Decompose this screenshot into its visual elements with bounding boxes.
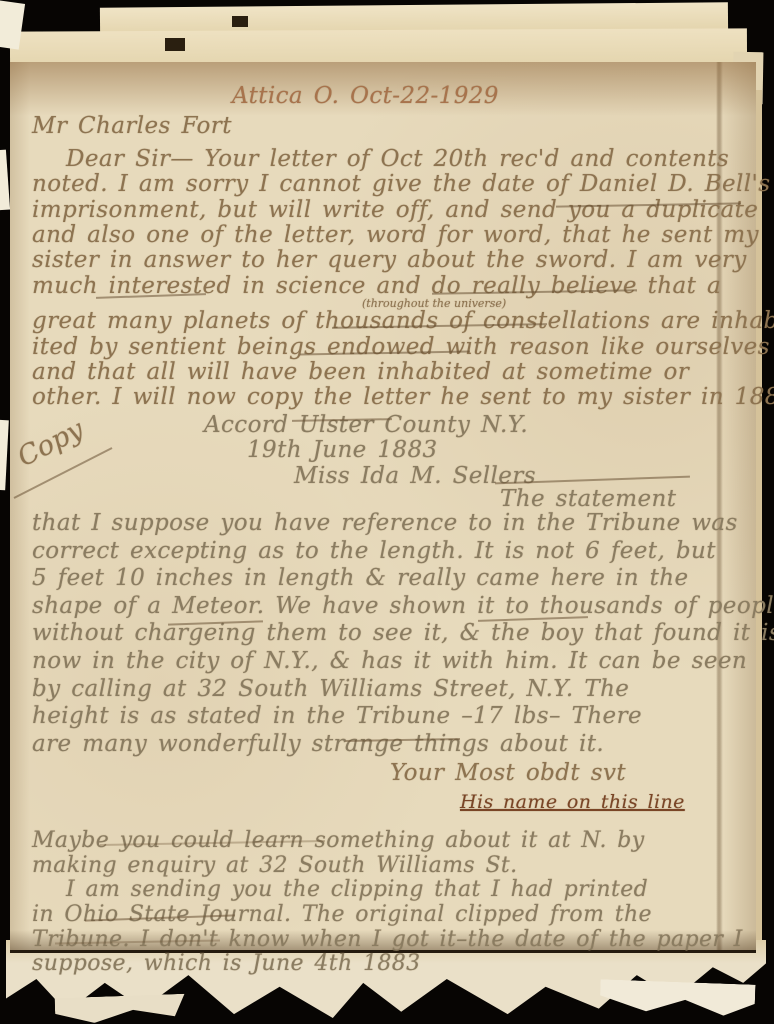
letter-line: are many wonderfully strange things abou… — [32, 731, 752, 759]
paper-notch — [232, 16, 248, 27]
letter-line: Attica O. Oct-22-1929 — [232, 84, 752, 109]
torn-scrap — [0, 420, 9, 491]
letter-line: Mr Charles Fort — [32, 114, 752, 139]
letter-line: by calling at 32 South Williams Street, … — [32, 676, 752, 704]
letter-line: in Ohio State Journal. The original clip… — [32, 903, 752, 928]
letter-line: His name on this line — [460, 787, 752, 817]
torn-flap-bottom-left — [55, 994, 186, 1024]
letter-line: Accord Ulster County N.Y. — [204, 413, 752, 438]
letter-line: suppose, which is June 4th 1883 — [32, 952, 752, 977]
letter-line: Maybe you could learn something about it… — [32, 829, 752, 854]
letter-line: 5 feet 10 inches in length & really came… — [32, 565, 752, 593]
letter-line: now in the city of N.Y., & has it with h… — [32, 648, 752, 676]
letter-line: sister in answer to her query about the … — [32, 248, 752, 273]
torn-flap-bottom-right — [599, 979, 755, 1016]
photographed-letter: Attica O. Oct-22-1929Mr Charles FortDear… — [0, 0, 774, 1024]
letter-line: 19th June 1883 — [247, 438, 752, 463]
letter-line: imprisonment, but will write off, and se… — [32, 198, 752, 223]
torn-scrap — [0, 150, 10, 211]
letter-line: Your Most obdt svt — [390, 761, 752, 786]
letter-line: other. I will now copy the letter he sen… — [32, 385, 752, 410]
letter-line: that I suppose you have reference to in … — [32, 510, 752, 538]
letter-line: and also one of the letter, word for wor… — [32, 223, 752, 248]
letter-line: correct excepting as to the length. It i… — [32, 538, 752, 566]
letter-line: Dear Sir— Your letter of Oct 20th rec'd … — [32, 147, 752, 172]
letter-line: ited by sentient beings endowed with rea… — [32, 335, 752, 360]
letter-line: without chargeing them to see it, & the … — [32, 620, 752, 648]
letter-line: noted. I am sorry I cannot give the date… — [32, 172, 752, 197]
letter-line: making enquiry at 32 South Williams St. — [32, 854, 752, 879]
paper-notch — [165, 38, 185, 51]
letter-line: shape of a Meteor. We have shown it to t… — [32, 593, 752, 621]
letter-line: and that all will have been inhabited at… — [32, 360, 752, 385]
letter-line: great many planets of thousands of const… — [32, 309, 752, 334]
letter-line: height is as stated in the Tribune –17 l… — [32, 703, 752, 731]
letter-line: I am sending you the clipping that I had… — [32, 878, 752, 903]
letter-line: The statement — [500, 489, 752, 510]
